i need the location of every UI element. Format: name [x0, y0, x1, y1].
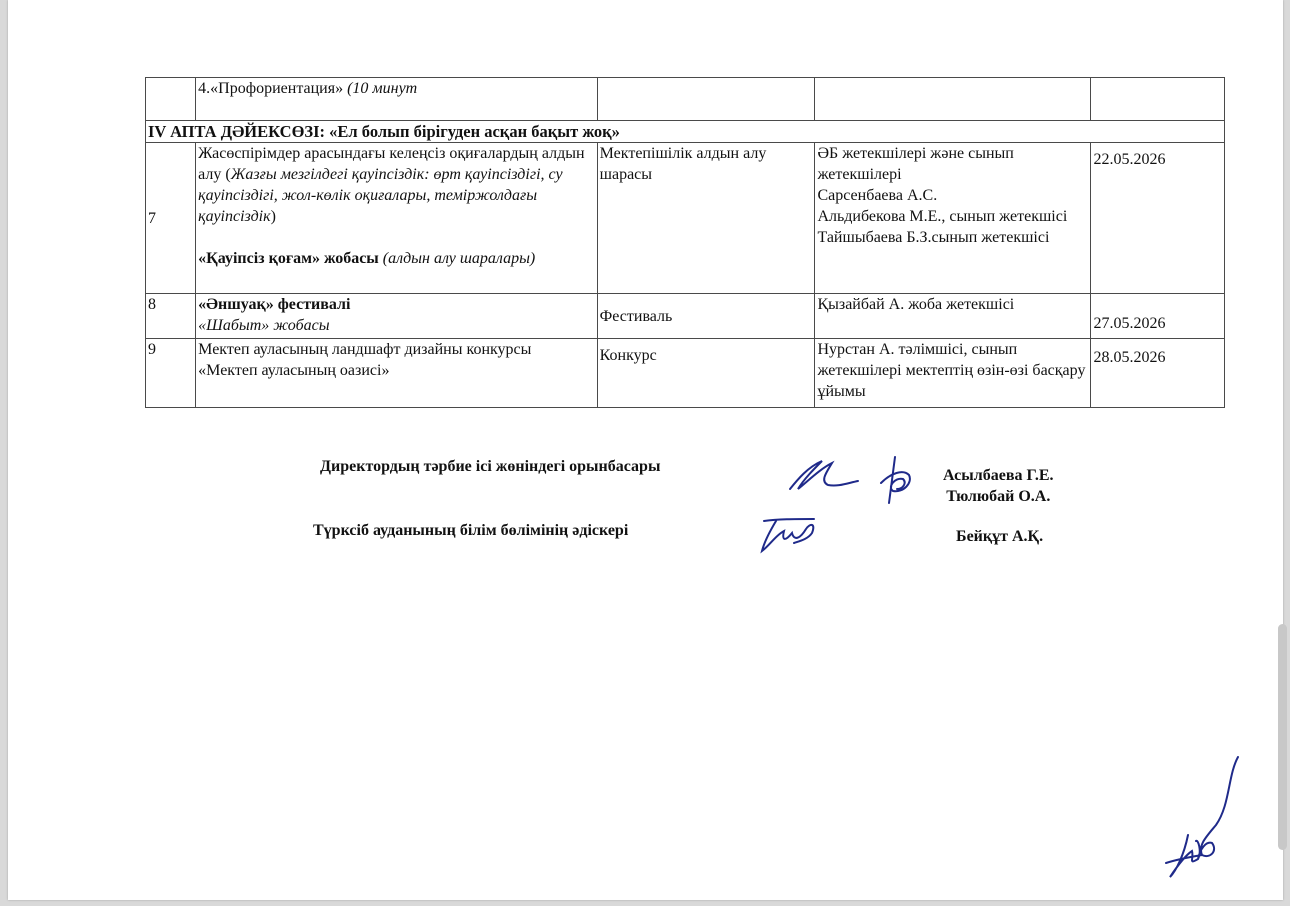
event-duration: (10 минут	[347, 80, 417, 97]
event-cell: «Әншуақ» фестивалі «Шабыт» жобасы	[196, 294, 597, 339]
date-cell	[1091, 78, 1225, 121]
week-heading: IV АПТА ДӘЙЕКСӨЗІ: «Ел болып бірігуден а…	[146, 121, 1225, 143]
row-number-cell	[146, 78, 196, 121]
table-row: 9 Мектеп ауласының ландшафт дизайны конк…	[146, 339, 1225, 408]
responsible-line: Альдибекова М.Е., сынып жетекшісі	[817, 206, 1088, 227]
event-cell: 4.«Профориентация» (10 минут	[196, 78, 597, 121]
responsible-line: Тайшыбаева Б.З.сынып жетекшісі	[817, 227, 1088, 248]
form-cell: Конкурс	[597, 339, 815, 408]
deputy-names: Асылбаева Г.Е. Тюлюбай О.А.	[943, 465, 1054, 507]
project-name: «Қауіпсіз қоғам» жобасы	[198, 250, 379, 267]
event-text-close: )	[271, 208, 276, 225]
scrollbar-thumb[interactable]	[1278, 624, 1287, 850]
event-text: 4.«Профориентация»	[198, 80, 347, 97]
form-cell: Мектепішілік алдын алу шарасы	[597, 143, 815, 294]
project-name: «Шабыт» жобасы	[198, 315, 594, 336]
signature-icon	[1158, 755, 1248, 885]
row-number-cell: 7	[146, 143, 196, 294]
signature-icon	[873, 453, 923, 507]
form-cell: Фестиваль	[597, 294, 815, 339]
methodist-title: Түрксіб ауданының білім бөлімінің әдіске…	[313, 522, 628, 540]
signature-icon	[754, 515, 824, 555]
responsible-line: Сарсенбаева А.С.	[817, 185, 1088, 206]
row-number-cell: 8	[146, 294, 196, 339]
table-row: 7 Жасөспірімдер арасындағы келеңсіз оқиғ…	[146, 143, 1225, 294]
responsible-cell: Нурстан А. тәлімшісі, сынып жетекшілері …	[815, 339, 1091, 408]
date-cell: 27.05.2026	[1091, 294, 1225, 339]
event-cell: Мектеп ауласының ландшафт дизайны конкур…	[196, 339, 597, 408]
responsible-cell: ӘБ жетекшілері және сынып жетекшілері Са…	[815, 143, 1091, 294]
event-cell: Жасөспірімдер арасындағы келеңсіз оқиғал…	[196, 143, 597, 294]
week-heading-row: IV АПТА ДӘЙЕКСӨЗІ: «Ел болып бірігуден а…	[146, 121, 1225, 143]
responsible-cell	[815, 78, 1091, 121]
table-row: 8 «Әншуақ» фестивалі «Шабыт» жобасы Фест…	[146, 294, 1225, 339]
responsible-line: ӘБ жетекшілері және сынып жетекшілері	[817, 143, 1088, 185]
signer-name: Тюлюбай О.А.	[943, 486, 1054, 507]
document-page: 4.«Профориентация» (10 минут IV АПТА ДӘЙ…	[8, 0, 1283, 900]
signer-name: Асылбаева Г.Е.	[943, 465, 1054, 486]
responsible-cell: Қызайбай А. жоба жетекшісі	[815, 294, 1091, 339]
form-cell	[597, 78, 815, 121]
date-cell: 28.05.2026	[1091, 339, 1225, 408]
deputy-director-title: Директордың тәрбие ісі жөніндегі орынбас…	[320, 458, 660, 476]
event-details: Жазғы мезгілдегі қауіпсіздік: өрт қауіпс…	[198, 166, 562, 225]
vertical-scrollbar[interactable]	[1274, 0, 1290, 906]
row-number-cell: 9	[146, 339, 196, 408]
events-table: 4.«Профориентация» (10 минут IV АПТА ДӘЙ…	[145, 77, 1225, 408]
event-subtitle: «Мектеп ауласының оазисі»	[198, 360, 594, 381]
date-cell: 22.05.2026	[1091, 143, 1225, 294]
signature-icon	[784, 455, 864, 495]
methodist-name: Бейқұт А.Қ.	[956, 528, 1043, 546]
event-title: «Әншуақ» фестивалі	[198, 294, 594, 315]
project-note: (алдын алу шаралары)	[379, 250, 535, 267]
table-row: 4.«Профориентация» (10 минут	[146, 78, 1225, 121]
event-title: Мектеп ауласының ландшафт дизайны конкур…	[198, 339, 594, 360]
